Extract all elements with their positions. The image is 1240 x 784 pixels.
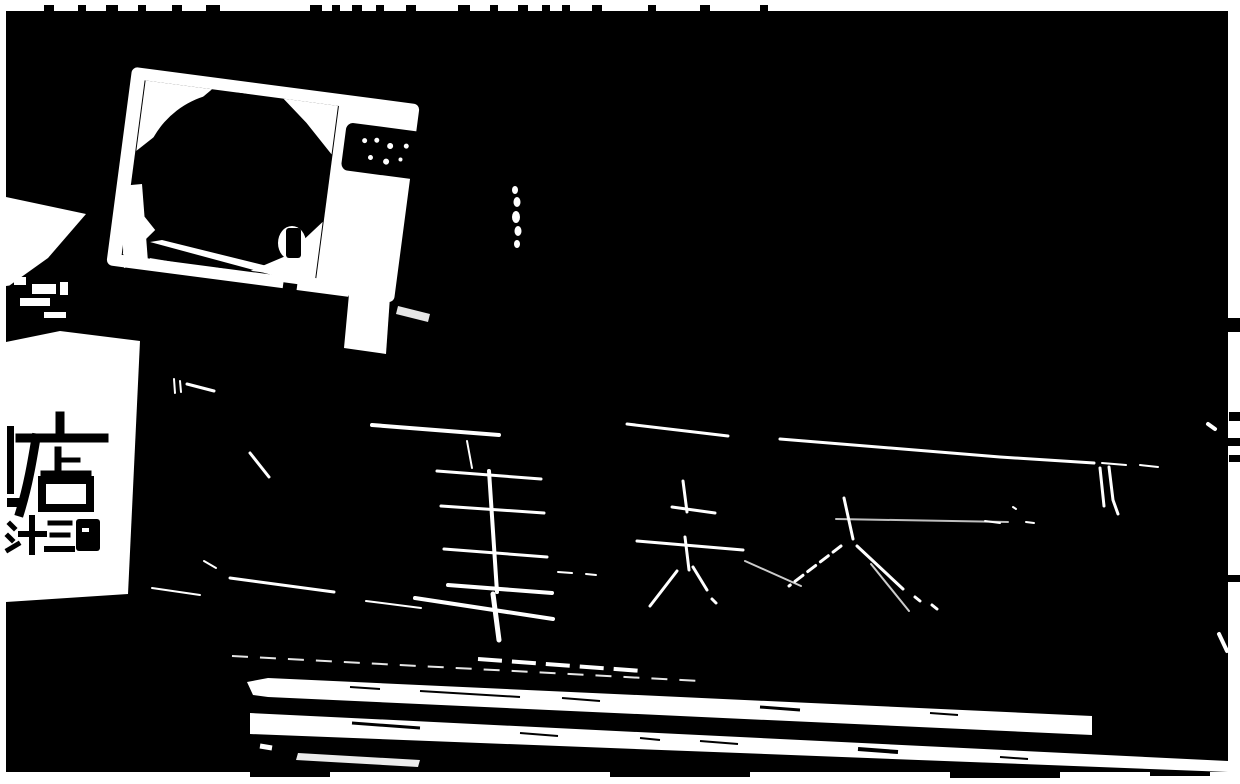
- photo-canvas: [0, 0, 1240, 784]
- bracket-bolt: [278, 226, 306, 260]
- left-sign: [6, 331, 140, 602]
- left-sign-board: [6, 331, 140, 602]
- bracket-post: [344, 262, 392, 354]
- storefront-photo: 店 汁三店: [0, 0, 1240, 784]
